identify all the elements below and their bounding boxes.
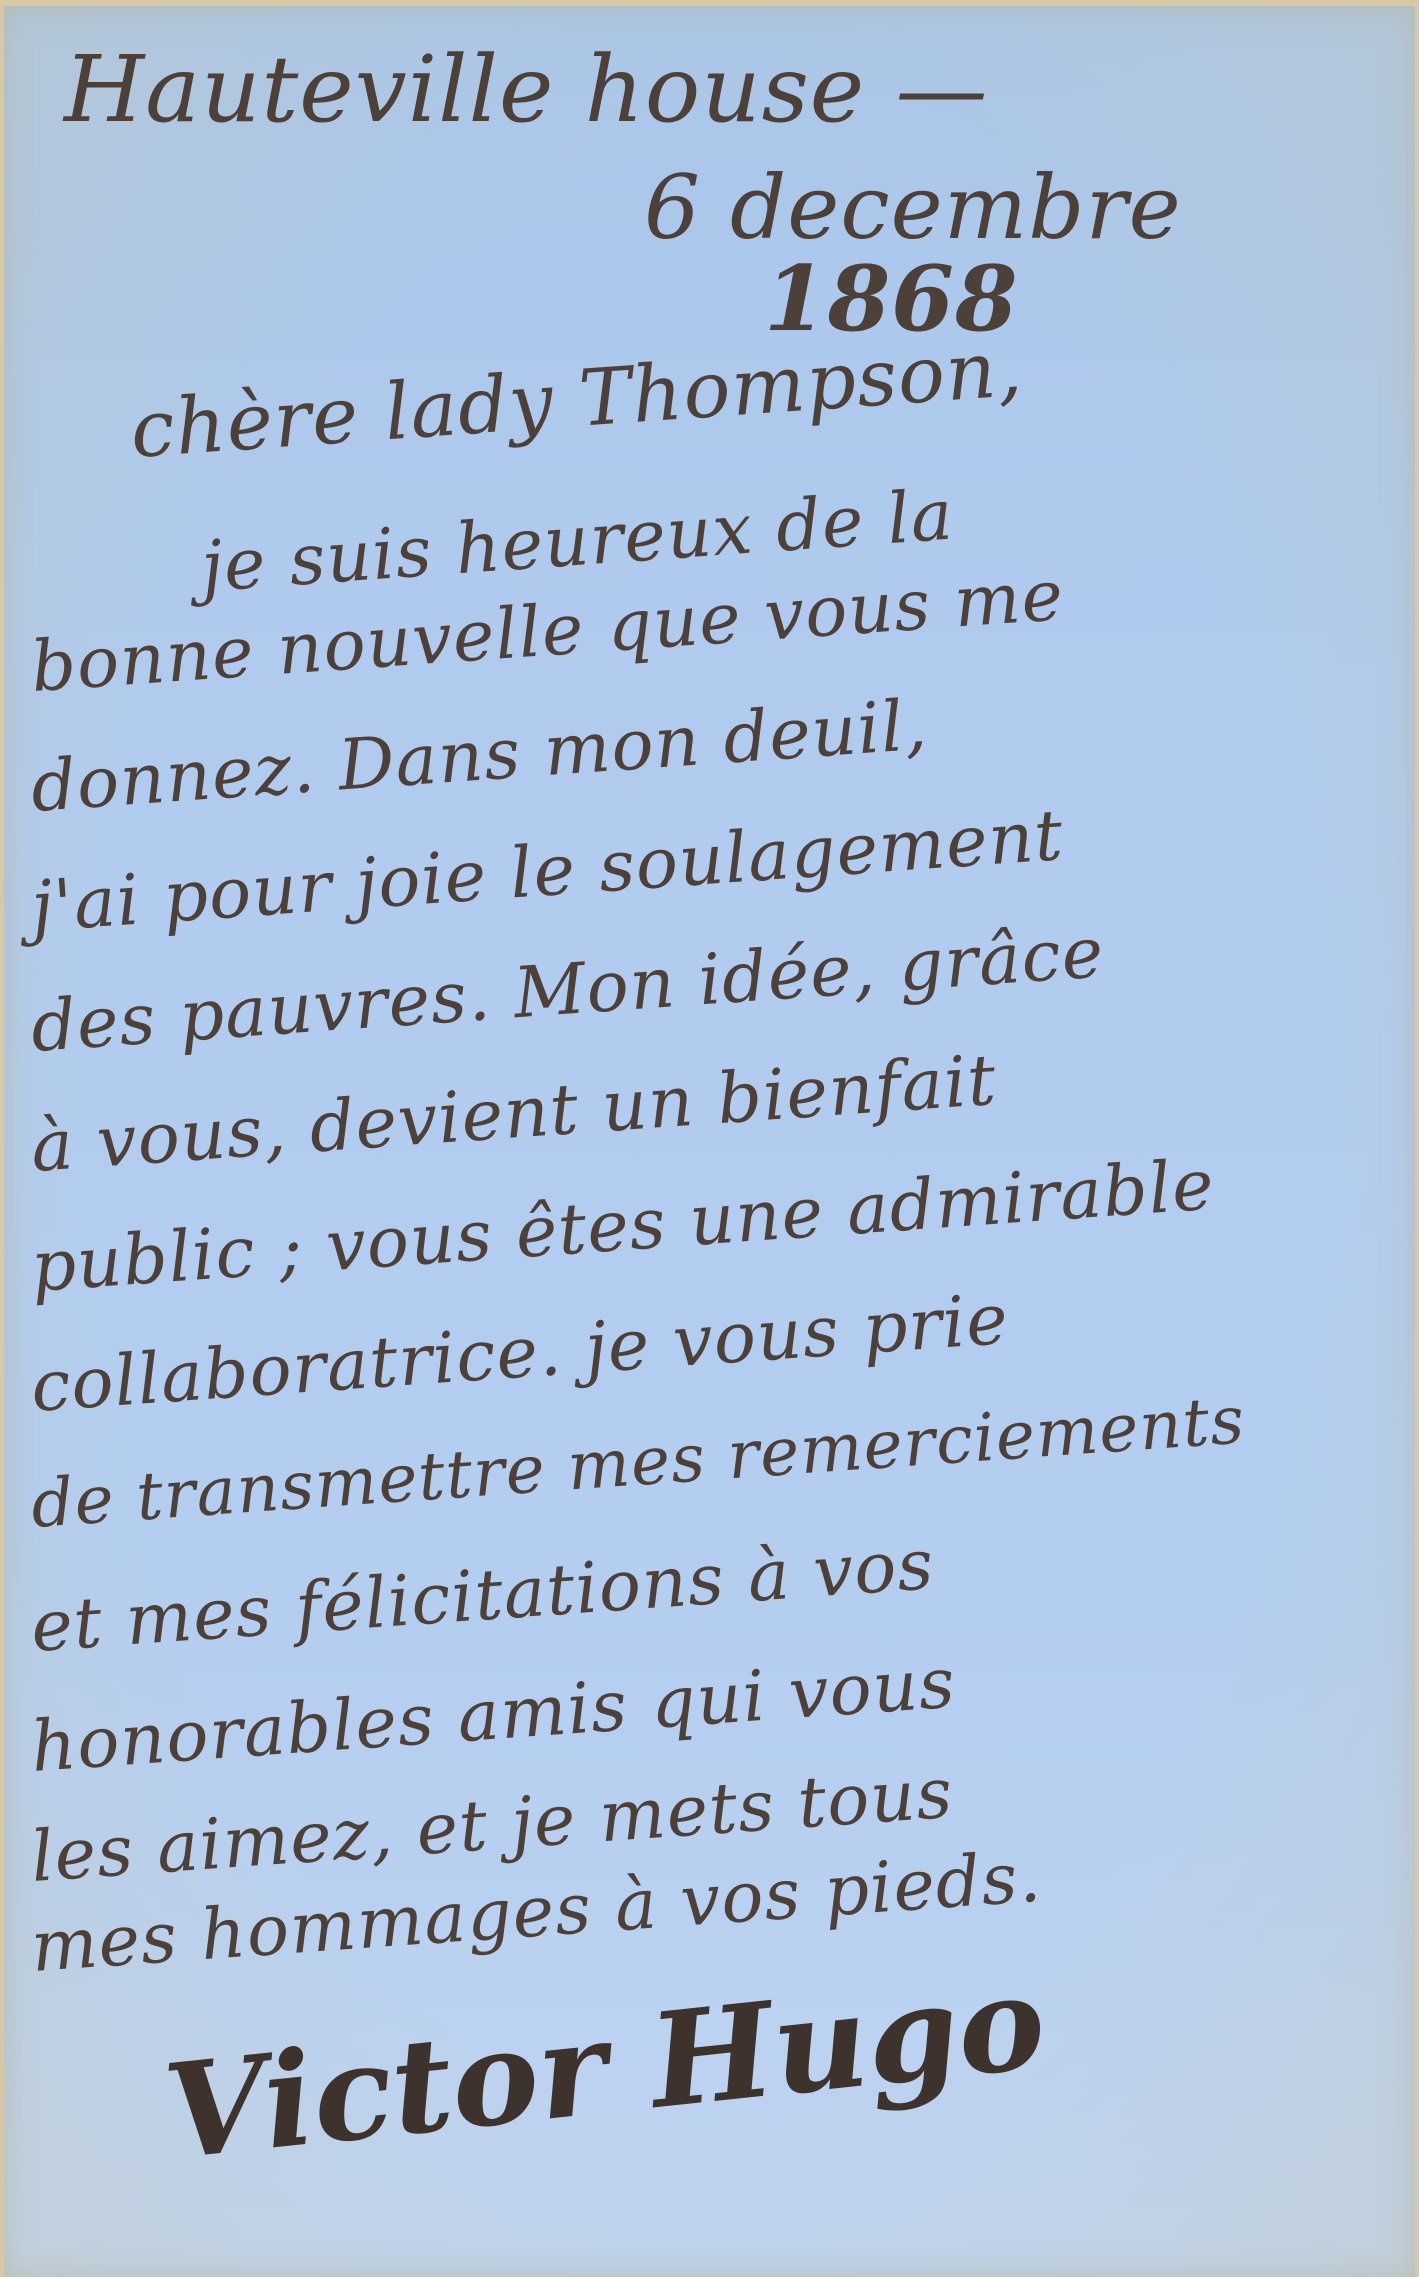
letter-paper: Hauteville house — 6 decembre 1868 chère… [4, 6, 1415, 2277]
letter-place: Hauteville house — [64, 36, 988, 143]
body-line: et mes félicitations à vos [28, 1523, 936, 1668]
letter-date: 6 decembre [644, 156, 1182, 259]
signature: Victor Hugo [158, 1945, 1052, 2189]
body-line: à vous, devient un bienfait [28, 1039, 999, 1188]
letter-salutation: chère lady Thompson, [128, 324, 1026, 476]
body-line: collaboratrice. je vous prie [28, 1278, 1011, 1428]
body-line: donnez. Dans mon deuil, [28, 684, 930, 828]
